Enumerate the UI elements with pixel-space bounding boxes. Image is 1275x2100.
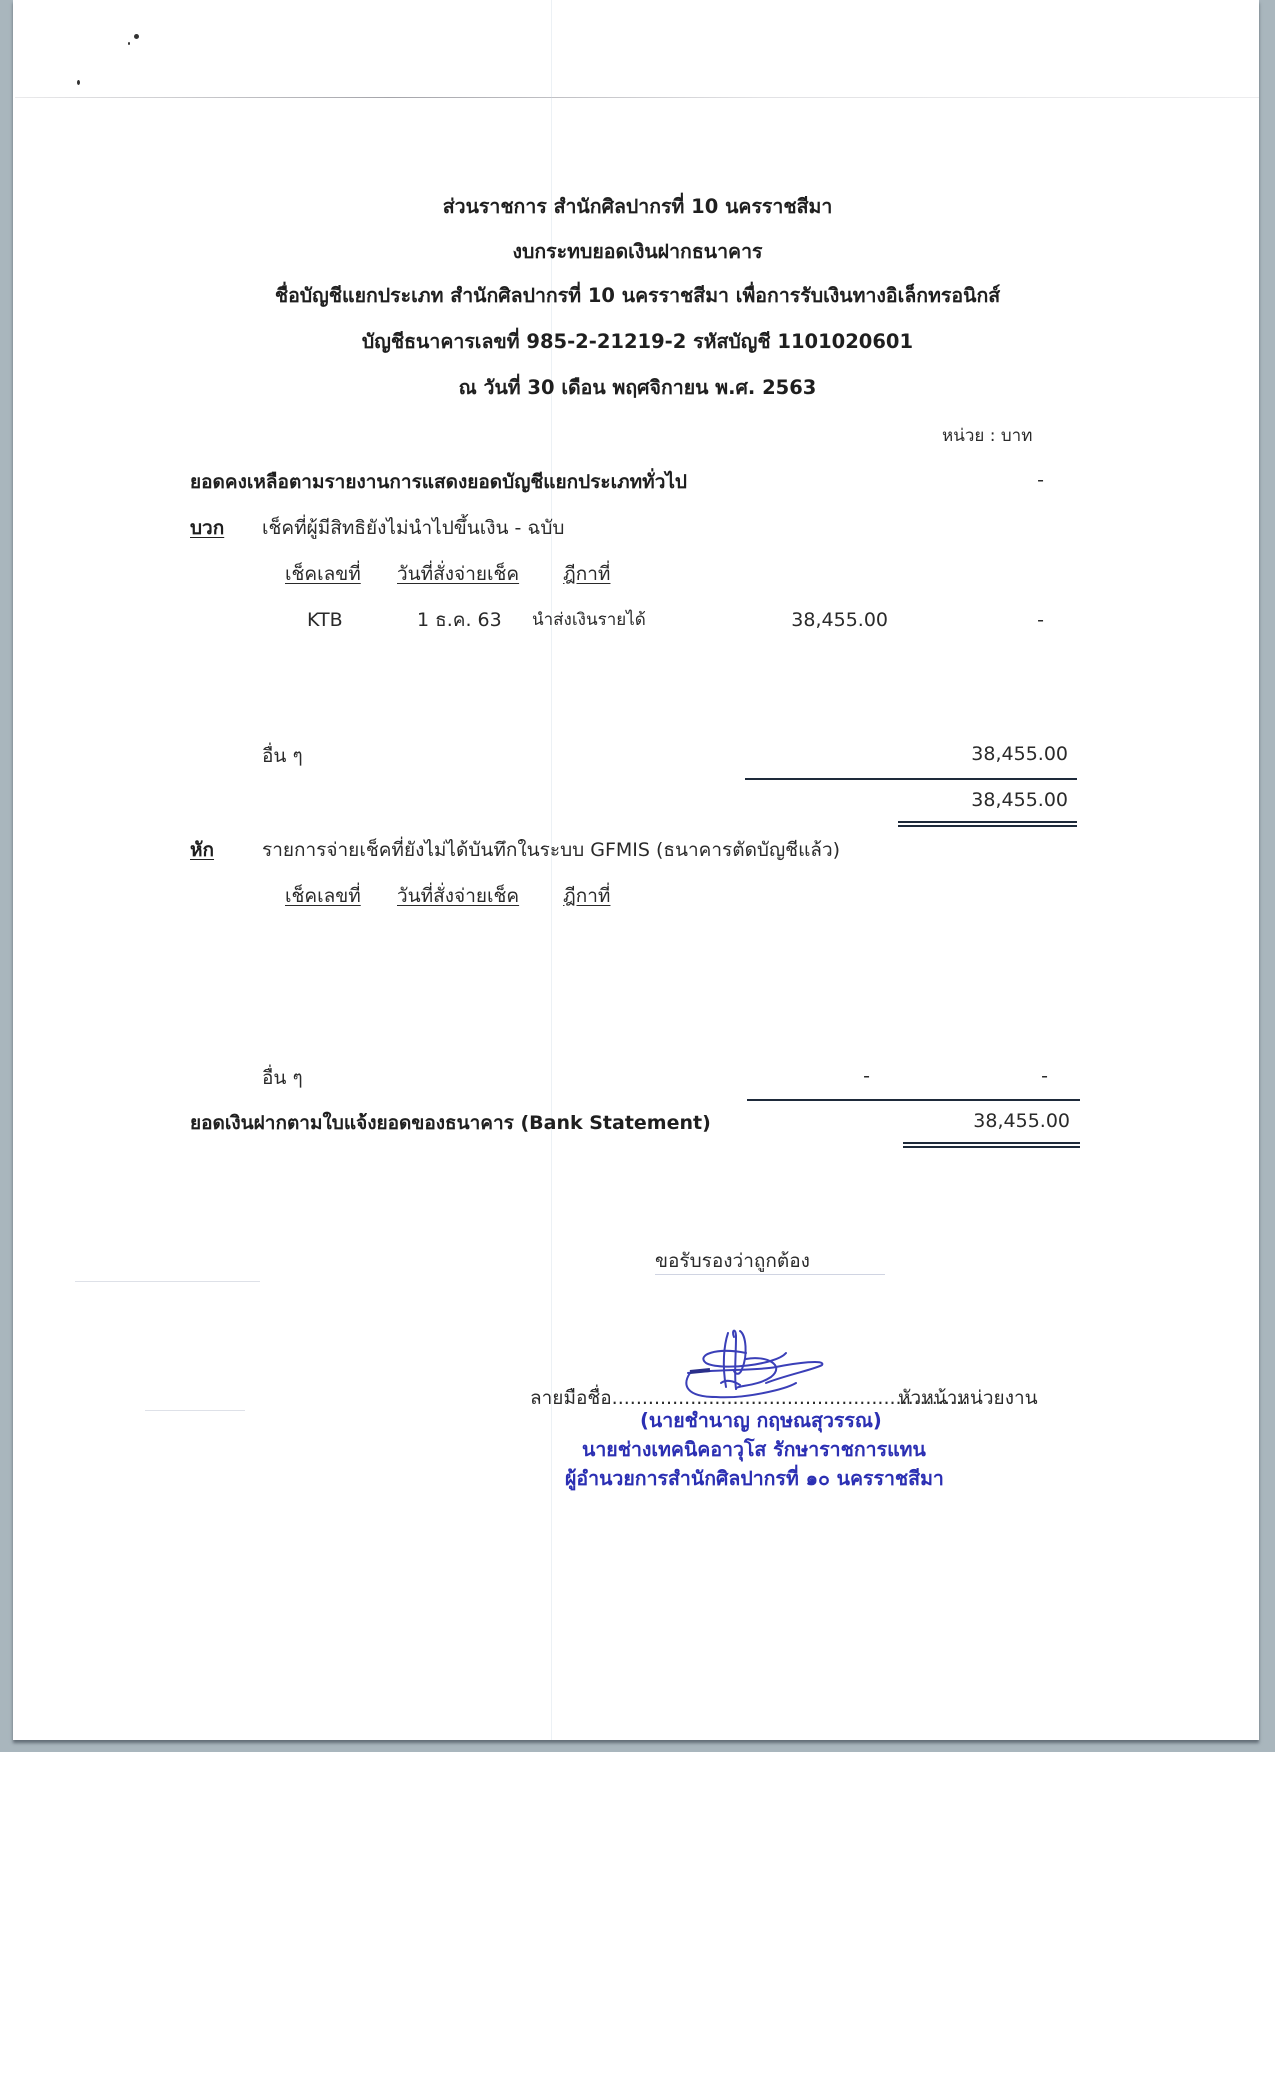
less-col-voucher: ฎีกาที่ xyxy=(563,884,610,908)
certify-text: ขอรับรองว่าถูกต้อง xyxy=(655,1249,810,1273)
scan-speck xyxy=(134,34,139,39)
sum-underline xyxy=(747,1099,1080,1101)
less-col-cheque-no: เช็คเลขที่ xyxy=(285,884,361,908)
row-cheque-no: KTB xyxy=(307,608,343,632)
bank-statement-label: ยอดเงินฝากตามใบแจ้งยอดของธนาคาร (Bank St… xyxy=(190,1111,711,1135)
row-date: 1 ธ.ค. 63 xyxy=(417,608,502,632)
bank-statement-amount: 38,455.00 xyxy=(890,1109,1070,1133)
stamp-signer-title: นายช่างเทคนิคอาวุโส รักษาราชการแทน xyxy=(582,1438,926,1462)
sum-underline xyxy=(745,778,1077,780)
add-col-voucher: ฎีกาที่ xyxy=(563,562,610,586)
header-account-number: บัญชีธนาคารเลขที่ 985-2-21219-2 รหัสบัญช… xyxy=(0,330,1275,354)
certify-underline xyxy=(655,1274,885,1275)
add-subtotal: 38,455.00 xyxy=(888,788,1068,812)
row-amount: 38,455.00 xyxy=(708,608,888,632)
header-agency: ส่วนราชการ สำนักศิลปากรที่ 10 นครราชสีมา xyxy=(0,195,1275,219)
header-account-name: ชื่อบัญชีแยกประเภท สำนักศิลปากรที่ 10 นค… xyxy=(0,284,1275,308)
row-voucher: นำส่งเงินรายได้ xyxy=(532,608,646,632)
less-section-title: รายการจ่ายเช็คที่ยังไม่ได้บันทึกในระบบ G… xyxy=(262,838,840,862)
scan-speck xyxy=(128,42,130,45)
ledger-balance-label: ยอดคงเหลือตามรายงานการแสดงยอดบัญชีแยกประ… xyxy=(190,470,687,494)
scan-artifact-line xyxy=(145,1410,245,1411)
less-other-label: อื่น ๆ xyxy=(262,1066,303,1090)
scan-artifact-line xyxy=(75,1281,260,1282)
stamp-signer-office: ผู้อำนวยการสำนักศิลปากรที่ ๑๐ นครราชสีมา xyxy=(565,1467,944,1491)
add-col-cheque-no: เช็คเลขที่ xyxy=(285,562,361,586)
row-total: - xyxy=(864,608,1044,632)
double-underline xyxy=(898,821,1077,827)
add-prefix: บวก xyxy=(190,516,224,540)
add-other-amount: 38,455.00 xyxy=(888,742,1068,766)
stamp-signer-name: (นายชำนาญ กฤษณสุวรรณ) xyxy=(640,1409,882,1433)
double-underline xyxy=(903,1142,1080,1148)
add-col-date: วันที่สั่งจ่ายเช็ค xyxy=(397,562,519,586)
unit-label: หน่วย : บาท xyxy=(942,424,1032,448)
add-section-title: เช็คที่ผู้มีสิทธิยังไม่นำไปขึ้นเงิน - ฉบ… xyxy=(262,516,565,540)
less-prefix: หัก xyxy=(190,838,214,862)
scan-artifact-line xyxy=(15,97,1259,98)
less-col-date: วันที่สั่งจ่ายเช็ค xyxy=(397,884,519,908)
scan-speck xyxy=(77,80,80,85)
add-other-label: อื่น ๆ xyxy=(262,744,303,768)
less-other-amount: - xyxy=(690,1064,870,1088)
header-document-title: งบกระทบยอดเงินฝากธนาคาร xyxy=(0,240,1275,264)
less-other-total: - xyxy=(868,1064,1048,1088)
header-date: ณ วันที่ 30 เดือน พฤศจิกายน พ.ศ. 2563 xyxy=(0,376,1275,400)
signer-position: หัวหน้าหน่วยงาน xyxy=(898,1386,1038,1410)
ledger-balance-amount: - xyxy=(864,468,1044,492)
